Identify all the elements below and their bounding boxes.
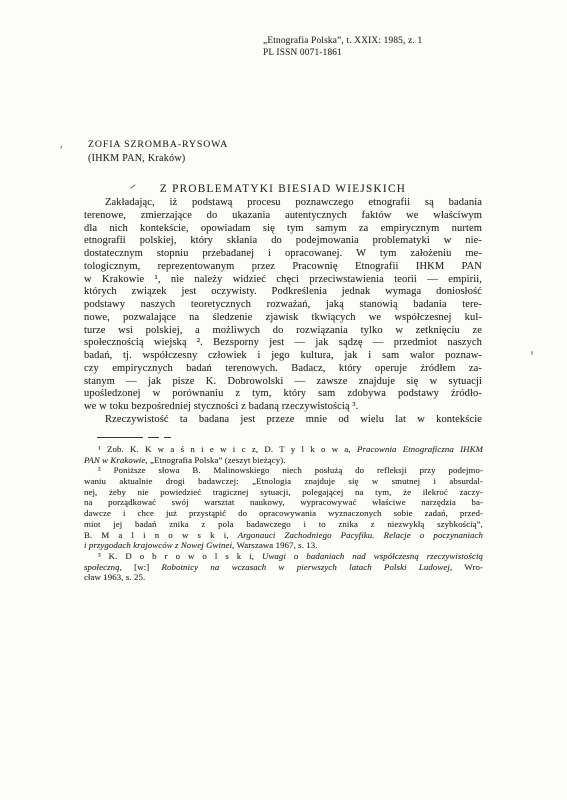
footnotes: ¹ Zob. K. K w a ś n i e w i c z, D. T y … [84,444,483,583]
scan-artifact-speck [531,351,533,355]
body-line: Zakładając, iż podstawą procesu poznawcz… [84,197,482,210]
body-line: etnografii polskiej, który skłania do po… [84,235,482,248]
footnote-line: cław 1963, s. 25. [84,572,483,583]
body-line: nowe, pozwalające na śledzenie zjawisk t… [84,312,482,325]
footnote-segment: nej, żeby nie powiedzieć tragicznej sytu… [84,487,483,497]
footnote-line: B. M a l i n o w s k i, Argonauci Zachod… [84,530,483,541]
body-line: terenowe, zmierzające do ukazania autent… [84,210,482,223]
footnote-segment: dawcze i chce już przystąpić do opracowy… [84,508,483,518]
body-line: turze wsi polskiej, a możliwych do rozwi… [84,325,482,338]
footnote-italic-segment: Robotnicy na wczasach w pierwszych latac… [162,562,450,572]
body-line: których związek jest oczywisty. Podkreśl… [84,286,482,299]
footnote-segment: , Wro- [450,562,483,572]
article-title: Z PROBLEMATYKI BIESIAD WIEJSKICH [160,183,406,195]
journal-title-line: „Etnografia Polska”, t. XXIX: 1985, z. 1 [263,35,493,47]
footnote-line: ³ K. D o b r o w o l s k i, Uwagi o bada… [84,551,483,562]
author-block: ZOFIA SZROMBA-RYSOWA (IHKM PAN, Kraków) [88,139,228,164]
footnote-italic-segment: Argonauci Zachodniego Pacyfiku. Relacje … [238,530,483,540]
body-line: czy empirycznych badań terenowych. Badac… [84,363,482,376]
body-text: Zakładając, iż podstawą procesu poznawcz… [84,197,482,427]
body-line: upośledzonej w porównaniu z tym, który s… [84,388,482,401]
footnote-italic-segment: i przygodach krajowców z Nowej Gwinei [84,540,232,550]
footnote-italic-segment: Pracownia Etnograficzna IHKM [357,444,483,454]
footnote-segment: cław 1963, s. 25. [84,572,145,582]
footnote-line: społeczną, [w:] Robotnicy na wczasach w … [84,562,483,573]
body-line: społecznością wiejską ². Bezsporny jest … [84,337,482,350]
journal-header: „Etnografia Polska”, t. XXIX: 1985, z. 1… [263,35,493,60]
footnote-segment: , Warszawa 1967, s. 13. [232,540,317,550]
footnote-segment: ¹ Zob. K. K w a ś n i e w i c z, D. T y … [98,444,357,454]
title-row: Z PROBLEMATYKI BIESIAD WIEJSKICH [84,179,482,197]
body-line: we w toku bezpośredniej styczności z bad… [84,401,482,414]
footnote-separator [97,437,171,438]
footnote-line: i przygodach krajowców z Nowej Gwinei, W… [84,540,483,551]
footnote-segment: miot jej badań znika z pola badawczego i… [84,519,483,529]
scan-artifact-comma: , [60,139,63,150]
footnote-segment: na porządkować swój warsztat naukowy, wy… [84,497,483,507]
footnote-italic-segment: Uwagi o badaniach nad współczesną rzeczy… [262,551,483,561]
body-line: badań, tj. współczesny człowiek i jego k… [84,350,482,363]
body-line: podstawy naszych teoretycznych rozważań,… [84,299,482,312]
body-line: dostatecznym stopniu przebadanej i oprac… [84,248,482,261]
footnote-line: PAN w Krakowie, „Etnografia Polska” (zes… [84,455,483,466]
body-line: stanym — jak pisze K. Dobrowolski — zaws… [84,376,482,389]
footnote-segment: , [w:] [120,562,162,572]
scanned-journal-page: „Etnografia Polska”, t. XXIX: 1985, z. 1… [0,0,567,800]
footnote-line: ¹ Zob. K. K w a ś n i e w i c z, D. T y … [84,444,483,455]
footnote-italic-segment: społeczną [84,562,120,572]
body-line: dla nich kontekście, opowiadam się tym s… [84,223,482,236]
footnote-segment: ² Poniższe słowa B. Malinowskiego niech … [98,465,483,475]
footnote-italic-segment: PAN w Krakowie [84,455,145,465]
body-line: w Krakowie ¹, nie należy widzieć chęci p… [84,274,482,287]
footnote-segment: waniu aktualnie drogi badawczej: „Etnolo… [84,476,483,486]
footnote-segment: , „Etnografia Polska” (zeszyt bieżący). [145,455,285,465]
body-line: Rzeczywistość ta badana jest przeze mnie… [84,414,482,427]
footnote-line: miot jej badań znika z pola badawczego i… [84,519,483,530]
footnote-segment: ³ K. D o b r o w o l s k i, [98,551,262,561]
footnote-segment: B. M a l i n o w s k i, [84,530,238,540]
footnote-line: ² Poniższe słowa B. Malinowskiego niech … [84,465,483,476]
footnote-line: waniu aktualnie drogi badawczej: „Etnolo… [84,476,483,487]
footnote-line: dawcze i chce już przystąpić do opracowy… [84,508,483,519]
author-affiliation: (IHKM PAN, Kraków) [88,153,228,164]
footnote-line: nej, żeby nie powiedzieć tragicznej sytu… [84,487,483,498]
author-name: ZOFIA SZROMBA-RYSOWA [88,139,228,150]
footnote-line: na porządkować swój warsztat naukowy, wy… [84,497,483,508]
issn-line: PL ISSN 0071-1861 [263,47,493,59]
body-line: tologicznym, reprezentowanym przez Praco… [84,261,482,274]
